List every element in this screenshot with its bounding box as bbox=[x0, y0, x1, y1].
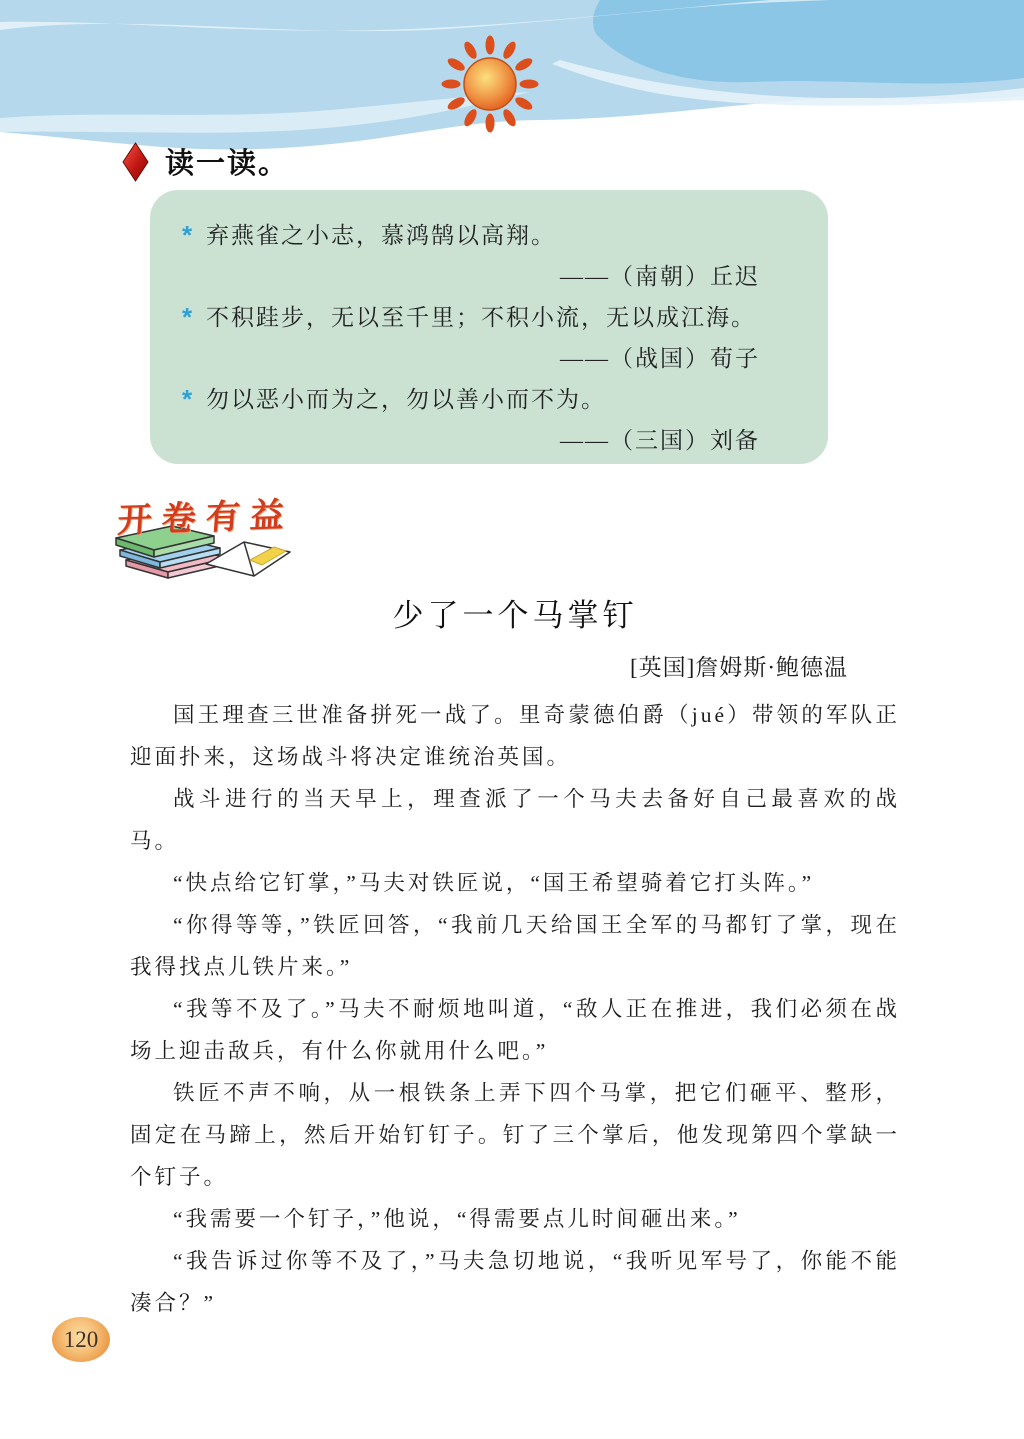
quote-box: * 弃燕雀之小志，慕鸿鹄以高翔。 ——（南朝）丘迟 * 不积跬步，无以至千里；不… bbox=[150, 190, 828, 464]
article-author: [英国]詹姆斯·鲍德温 bbox=[130, 649, 900, 682]
paragraph: “我告诉过你等不及了，”马夫急切地说，“我听见军号了，你能不能凑合？” bbox=[130, 1240, 900, 1324]
quote-attribution: ——（战国）荀子 bbox=[150, 338, 828, 379]
diamond-icon bbox=[122, 142, 149, 182]
section-header-title: 开卷有益 bbox=[116, 487, 296, 542]
article: 少了一个马掌钉 [英国]詹姆斯·鲍德温 国王理查三世准备拼死一战了。里奇蒙德伯爵… bbox=[130, 582, 900, 1324]
quote-attribution: ——（三国）刘备 bbox=[150, 420, 828, 461]
paragraph: “你得等等，”铁匠回答，“我前几天给国王全军的马都钉了掌，现在我得找点儿铁片来。… bbox=[130, 904, 900, 988]
page-number: 120 bbox=[64, 1327, 99, 1353]
textbook-page: 读一读。 * 弃燕雀之小志，慕鸿鹄以高翔。 ——（南朝）丘迟 * 不积跬步，无以… bbox=[0, 0, 1024, 1439]
asterisk-icon: * bbox=[182, 297, 206, 338]
paragraph: 战斗进行的当天早上，理查派了一个马夫去备好自己最喜欢的战马。 bbox=[130, 778, 900, 862]
read-label: 读一读。 bbox=[165, 141, 289, 182]
asterisk-icon: * bbox=[182, 215, 206, 256]
quote-item: * 勿以恶小而为之，勿以善小而不为。 bbox=[150, 379, 828, 420]
quote-text: 弃燕雀之小志，慕鸿鹄以高翔。 bbox=[206, 215, 556, 256]
quote-item: * 不积跬步，无以至千里；不积小流，无以成江海。 bbox=[150, 297, 828, 338]
paragraph: “快点给它钉掌，”马夫对铁匠说，“国王希望骑着它打头阵。” bbox=[130, 862, 900, 904]
paragraph: 铁匠不声不响，从一根铁条上弄下四个马掌，把它们砸平、整形，固定在马蹄上，然后开始… bbox=[130, 1072, 900, 1198]
article-body: 国王理查三世准备拼死一战了。里奇蒙德伯爵（jué）带领的军队正迎面扑来，这场战斗… bbox=[130, 694, 900, 1324]
page-number-badge: 120 bbox=[52, 1317, 110, 1362]
quote-text: 勿以恶小而为之，勿以善小而不为。 bbox=[206, 379, 606, 420]
section-header: 开卷有益 bbox=[108, 488, 328, 588]
read-section: 读一读。 bbox=[122, 141, 289, 182]
quote-attribution: ——（南朝）丘迟 bbox=[150, 256, 828, 297]
quote-text: 不积跬步，无以至千里；不积小流，无以成江海。 bbox=[206, 297, 756, 338]
top-banner bbox=[0, 0, 1024, 215]
paragraph: “我需要一个钉子，”他说，“得需要点儿时间砸出来。” bbox=[130, 1198, 900, 1240]
asterisk-icon: * bbox=[182, 379, 206, 420]
paragraph: “我等不及了。”马夫不耐烦地叫道，“敌人正在推进，我们必须在战场上迎击敌兵，有什… bbox=[130, 988, 900, 1072]
quote-item: * 弃燕雀之小志，慕鸿鹄以高翔。 bbox=[150, 215, 828, 256]
paragraph: 国王理查三世准备拼死一战了。里奇蒙德伯爵（jué）带领的军队正迎面扑来，这场战斗… bbox=[130, 694, 900, 778]
article-title: 少了一个马掌钉 bbox=[130, 590, 900, 635]
